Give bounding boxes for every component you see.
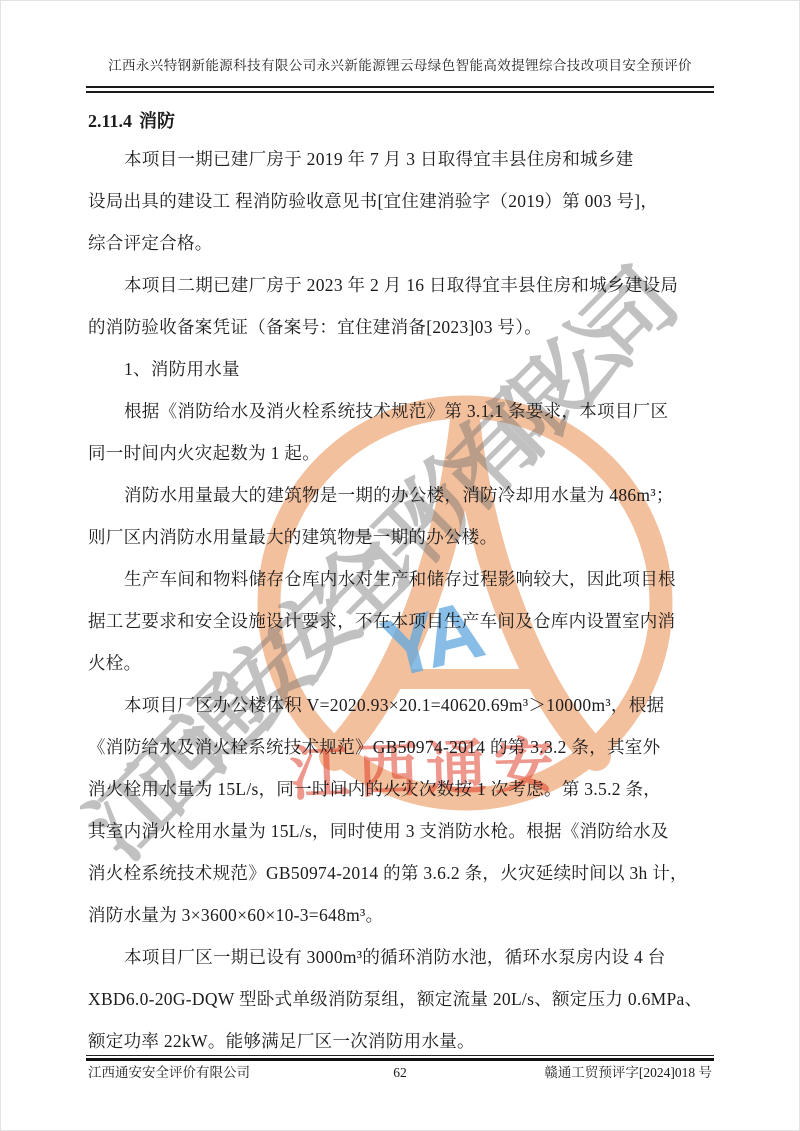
body-line: 根据《消防给水及消火栓系统技术规范》第 3.1.1 条要求，本项目厂区 bbox=[88, 390, 714, 432]
body-line: 消火栓用水量为 15L/s，同一时间内的火灾次数按 1 次考虑。第 3.5.2 … bbox=[88, 768, 714, 810]
section-heading: 2.11.4消防 bbox=[88, 104, 714, 138]
header-rule bbox=[86, 86, 714, 93]
body-line: 综合评定合格。 bbox=[88, 222, 714, 264]
page-footer: 江西通安安全评价有限公司 62 赣通工贸预评字[2024]018 号 bbox=[88, 1064, 712, 1081]
body-line: 则厂区内消防水用量最大的建筑物是一期的办公楼。 bbox=[88, 516, 714, 558]
body-line: 本项目一期已建厂房于 2019 年 7 月 3 日取得宜丰县住房和城乡建 bbox=[88, 138, 714, 180]
section-title: 消防 bbox=[139, 111, 175, 131]
document-body: 2.11.4消防 本项目一期已建厂房于 2019 年 7 月 3 日取得宜丰县住… bbox=[88, 104, 714, 1062]
document-page: 江西通安安全评价有限公司 YA 江西通安 江西永兴特钢新能源科技有限公司永兴新能… bbox=[0, 0, 800, 1131]
footer-company-name: 江西通安安全评价有限公司 bbox=[88, 1064, 370, 1081]
body-line: 同一时间内火灾起数为 1 起。 bbox=[88, 432, 714, 474]
body-line: 消火栓系统技术规范》GB50974-2014 的第 3.6.2 条，火灾延续时间… bbox=[88, 852, 714, 894]
body-line: 据工艺要求和安全设施设计要求，不在本项目生产车间及仓库内设置室内消 bbox=[88, 600, 714, 642]
section-number: 2.11.4 bbox=[88, 111, 132, 131]
body-line: 1、消防用水量 bbox=[88, 348, 714, 390]
body-line: 其室内消火栓用水量为 15L/s，同时使用 3 支消防水枪。根据《消防给水及 bbox=[88, 810, 714, 852]
body-line: 消防水用量最大的建筑物是一期的办公楼，消防冷却用水量为 486m³； bbox=[88, 474, 714, 516]
body-line: 本项目厂区一期已设有 3000m³的循环消防水池，循环水泵房内设 4 台 bbox=[88, 936, 714, 978]
body-line: 《消防给水及消火栓系统技术规范》GB50974-2014 的第 3.3.2 条，… bbox=[88, 726, 714, 768]
body-line: 额定功率 22kW。能够满足厂区一次消防用水量。 bbox=[88, 1020, 714, 1062]
body-line: 消防水量为 3×3600×60×10-3=648m³。 bbox=[88, 894, 714, 936]
body-line: 本项目厂区办公楼体积 V=2020.93×20.1=40620.69m³＞100… bbox=[88, 684, 714, 726]
page-header-title: 江西永兴特钢新能源科技有限公司永兴新能源锂云母绿色智能高效提锂综合技改项目安全预… bbox=[88, 57, 712, 74]
body-line: 的消防验收备案凭证（备案号：宜住建消备[2023]03 号）。 bbox=[88, 306, 714, 348]
body-line: 本项目二期已建厂房于 2023 年 2 月 16 日取得宜丰县住房和城乡建设局 bbox=[88, 264, 714, 306]
body-lines: 本项目一期已建厂房于 2019 年 7 月 3 日取得宜丰县住房和城乡建 设局出… bbox=[88, 138, 714, 1062]
footer-page-number: 62 bbox=[370, 1064, 430, 1081]
body-line: 生产车间和物料储存仓库内水对生产和储存过程影响较大，因此项目根 bbox=[88, 558, 714, 600]
body-line: XBD6.0-20G-DQW 型卧式单级消防泵组，额定流量 20L/s、额定压力… bbox=[88, 978, 714, 1020]
body-line: 设局出具的建设工 程消防验收意见书[宜住建消验字（2019）第 003 号]， bbox=[88, 180, 714, 222]
body-line: 火栓。 bbox=[88, 642, 714, 684]
footer-doc-number: 赣通工贸预评字[2024]018 号 bbox=[430, 1064, 712, 1081]
